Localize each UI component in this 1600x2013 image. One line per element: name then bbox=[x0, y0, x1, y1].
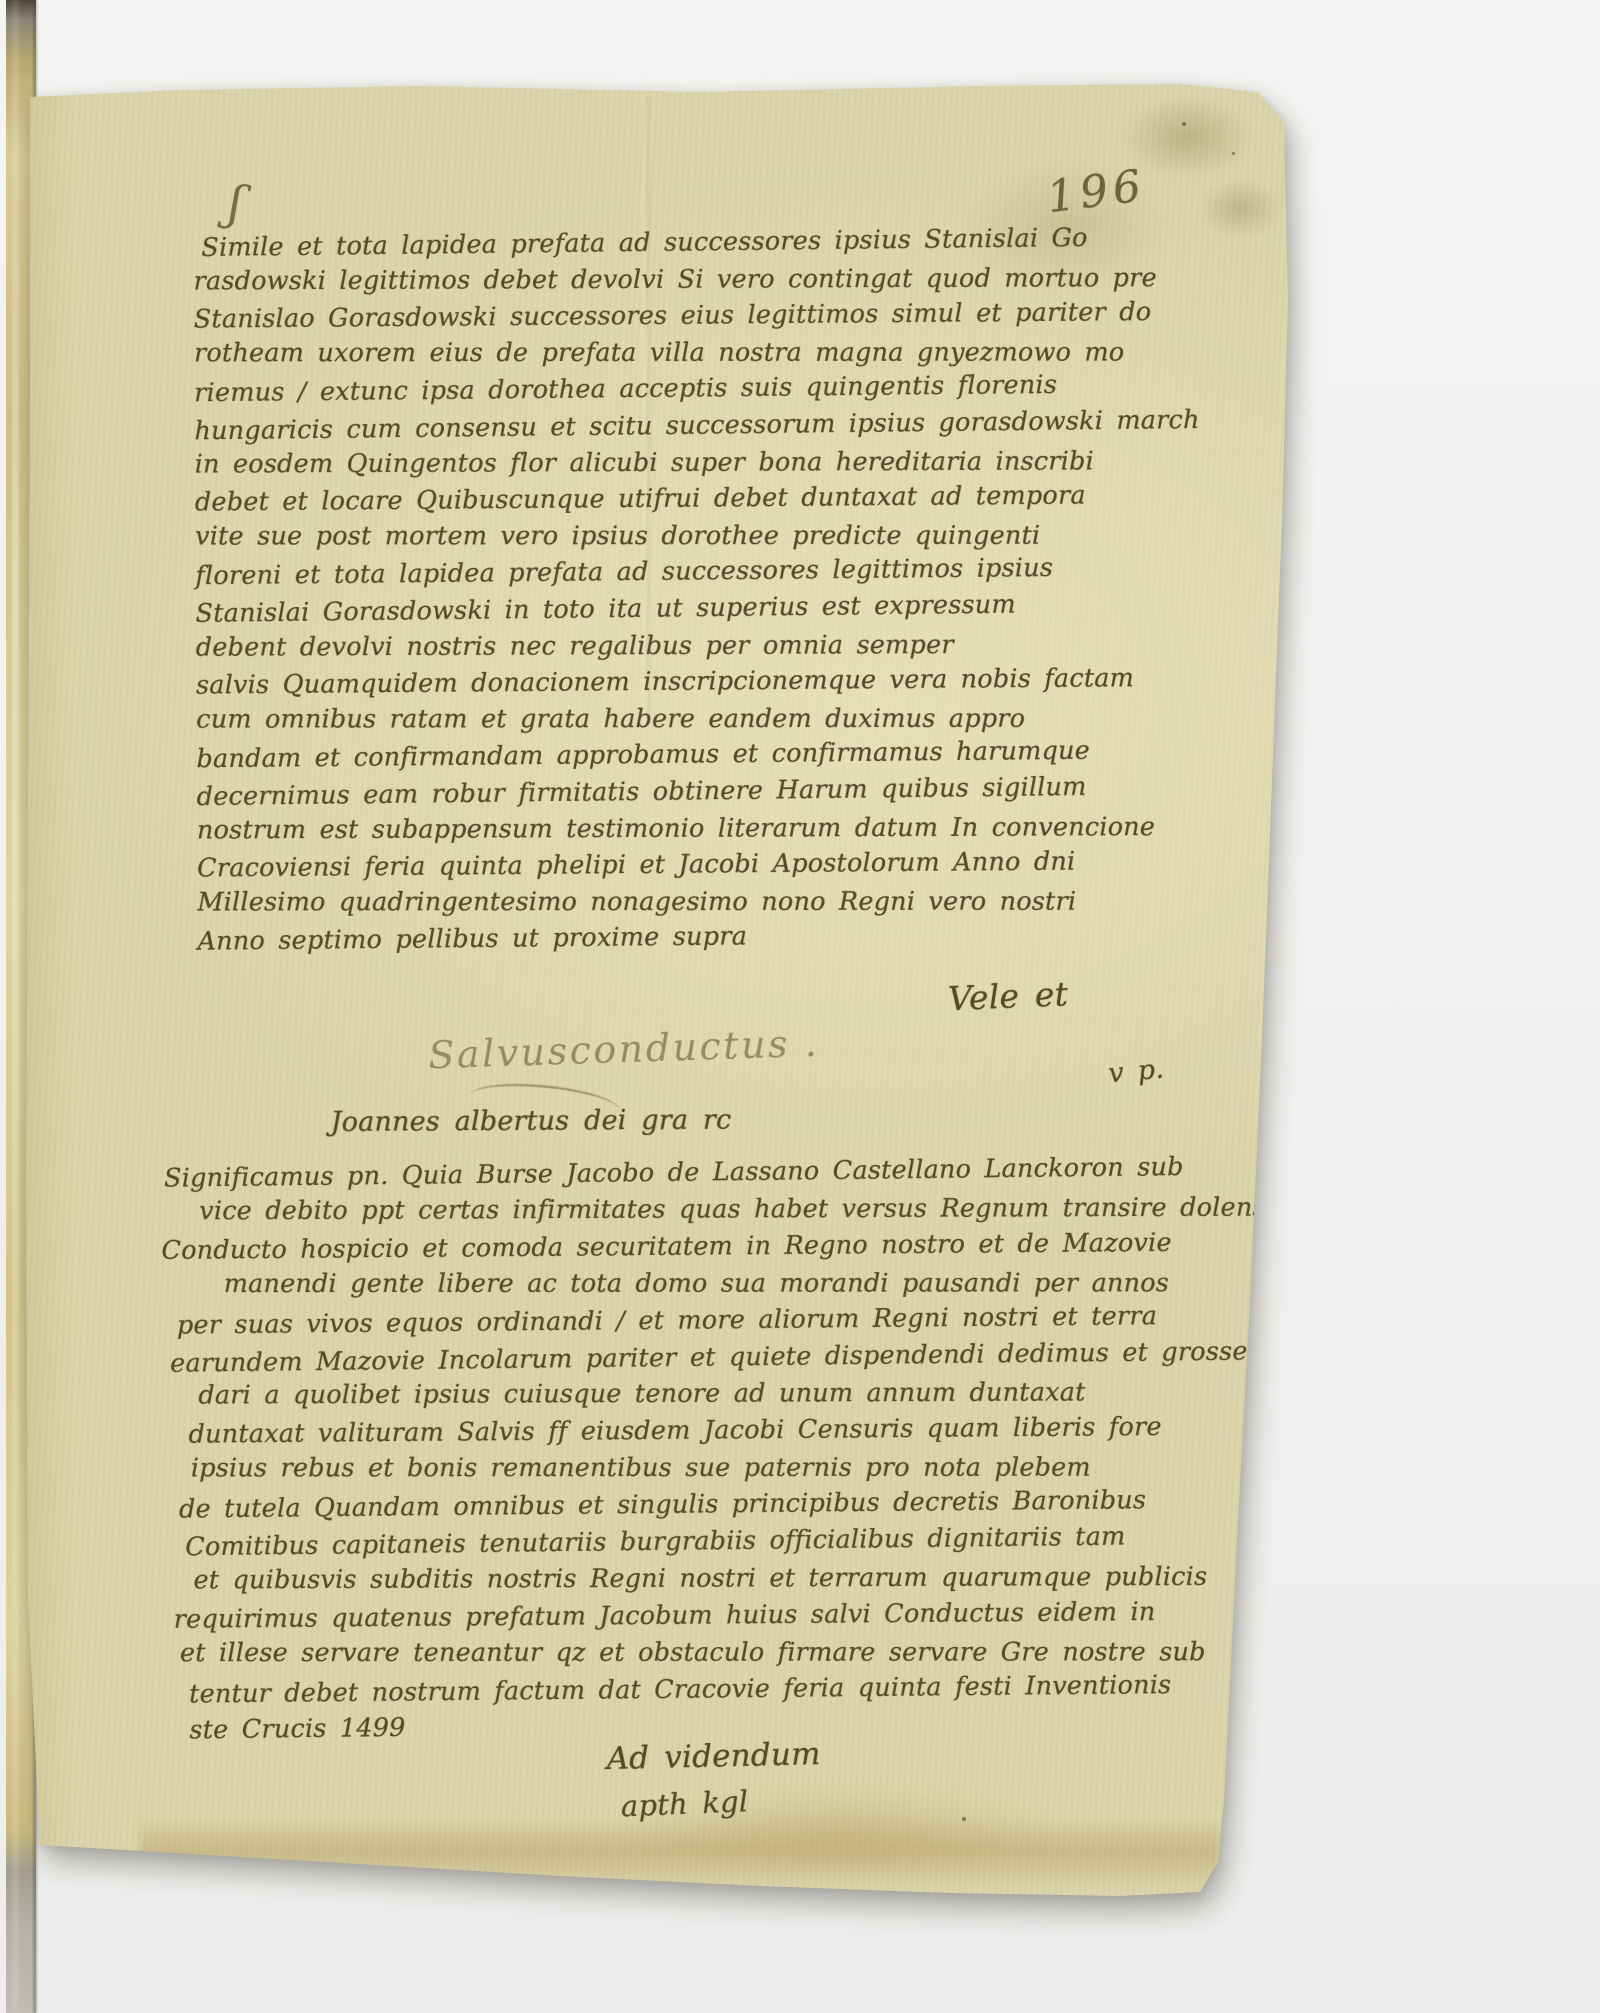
manuscript-line: manendi gente libere ac tota domo sua mo… bbox=[224, 1268, 1169, 1299]
manuscript-line: Stanislai Gorasdowski in toto ita ut sup… bbox=[195, 590, 1016, 629]
manuscript-line: bandam et confirmandam approbamus et con… bbox=[196, 736, 1090, 775]
manuscript-line: Comitibus capitaneis tenutariis burgrabi… bbox=[185, 1522, 1126, 1563]
manuscript-line: rotheam uxorem eius de prefata villa nos… bbox=[194, 337, 1124, 368]
manuscript-line: Conducto hospicio et comoda securitatem … bbox=[161, 1228, 1171, 1266]
manuscript-line: nostrum est subappensum testimonio liter… bbox=[197, 812, 1155, 845]
manuscript-line: Stanislao Gorasdowski successores eius l… bbox=[194, 297, 1152, 335]
folio-number: 196 bbox=[1044, 160, 1149, 223]
manuscript-page: 196 ʃ Simile et tota lapidea prefata ad … bbox=[0, 0, 1600, 2013]
manuscript-line: et quibusvis subditis nostris Regni nost… bbox=[193, 1562, 1207, 1596]
manuscript-line: vite sue post mortem vero ipsius dorothe… bbox=[195, 521, 1040, 552]
manuscript-line: salvis Quamquidem donacionem inscripcion… bbox=[196, 663, 1134, 700]
manuscript-line: riemus / extunc ipsa dorothea acceptis s… bbox=[194, 370, 1057, 408]
manuscript-line: Significamus pn. Quia Burse Jacobo de La… bbox=[164, 1152, 1184, 1194]
manuscript-line: debent devolvi nostris nec regalibus per… bbox=[196, 630, 954, 663]
manuscript-line: requirimus quatenus prefatum Jacobum hui… bbox=[174, 1597, 1156, 1635]
manuscript-line: et illese servare teneantur qz et obstac… bbox=[180, 1637, 1206, 1668]
manuscript-line: floreni et tota lapidea prefata ad succe… bbox=[195, 553, 1053, 591]
manuscript-photo: { "document": { "folio_number": "196", "… bbox=[0, 0, 1600, 2013]
manuscript-line: ste Crucis 1499 bbox=[189, 1712, 406, 1744]
entry-safe-conduct-text: Significamus pn. Quia Burse Jacobo de La… bbox=[0, 0, 1594, 5]
margin-note-relatio: Vele et bbox=[947, 974, 1069, 1018]
manuscript-line: ipsius rebus et bonis remanentibus sue p… bbox=[191, 1453, 1091, 1484]
closing-note-signature: apth kgl bbox=[620, 1784, 749, 1823]
margin-note-response: v p. bbox=[1107, 1053, 1165, 1089]
manuscript-line: in eosdem Quingentos flor alicubi super … bbox=[195, 446, 1094, 479]
manuscript-line: dari a quolibet ipsius cuiusque tenore a… bbox=[198, 1378, 1085, 1411]
entry-confirmation-text: Simile et tota lapidea prefata ad succes… bbox=[0, 0, 1594, 5]
closing-note-ad-videndum: Ad videndum bbox=[606, 1736, 821, 1777]
manuscript-line: hungaricis cum consensu et scitu success… bbox=[194, 405, 1200, 446]
manuscript-line: rasdowski legittimos debet devolvi Si ve… bbox=[194, 263, 1157, 296]
manuscript-line: vice debito ppt certas infirmitates quas… bbox=[199, 1192, 1266, 1226]
manuscript-line: tentur debet nostrum factum dat Cracovie… bbox=[189, 1670, 1171, 1709]
manuscript-line: duntaxat valituram Salvis ff eiusdem Jac… bbox=[188, 1412, 1161, 1450]
entry-heading-salvusconductus: Salvusconductus . bbox=[428, 1021, 820, 1078]
manuscript-line: de tutela Quandam omnibus et singulis pr… bbox=[179, 1485, 1146, 1524]
manuscript-line: Cracoviensi feria quinta phelipi et Jaco… bbox=[197, 847, 1075, 884]
pen-flourish-mark: ʃ bbox=[225, 175, 245, 232]
manuscript-line: Simile et tota lapidea prefata ad succes… bbox=[201, 223, 1088, 263]
manuscript-line: decernimus eam robur firmitatis obtinere… bbox=[197, 772, 1087, 812]
manuscript-page-wrap: 196 ʃ Simile et tota lapidea prefata ad … bbox=[0, 0, 1600, 2013]
manuscript-line: Millesimo quadringentesimo nonagesimo no… bbox=[197, 886, 1076, 917]
handwriting-layer: 196 ʃ Simile et tota lapidea prefata ad … bbox=[0, 0, 1600, 2013]
manuscript-line: Anno septimo pellibus ut proxime supra bbox=[197, 922, 747, 957]
manuscript-line: debet et locare Quibuscunque utifrui deb… bbox=[195, 481, 1086, 518]
manuscript-line: per suas vivos equos ordinandi / et more… bbox=[177, 1301, 1157, 1340]
manuscript-line: cum omnibus ratam et grata habere eandem… bbox=[196, 704, 1025, 735]
manuscript-line: earundem Mazovie Incolarum pariter et qu… bbox=[170, 1336, 1261, 1378]
